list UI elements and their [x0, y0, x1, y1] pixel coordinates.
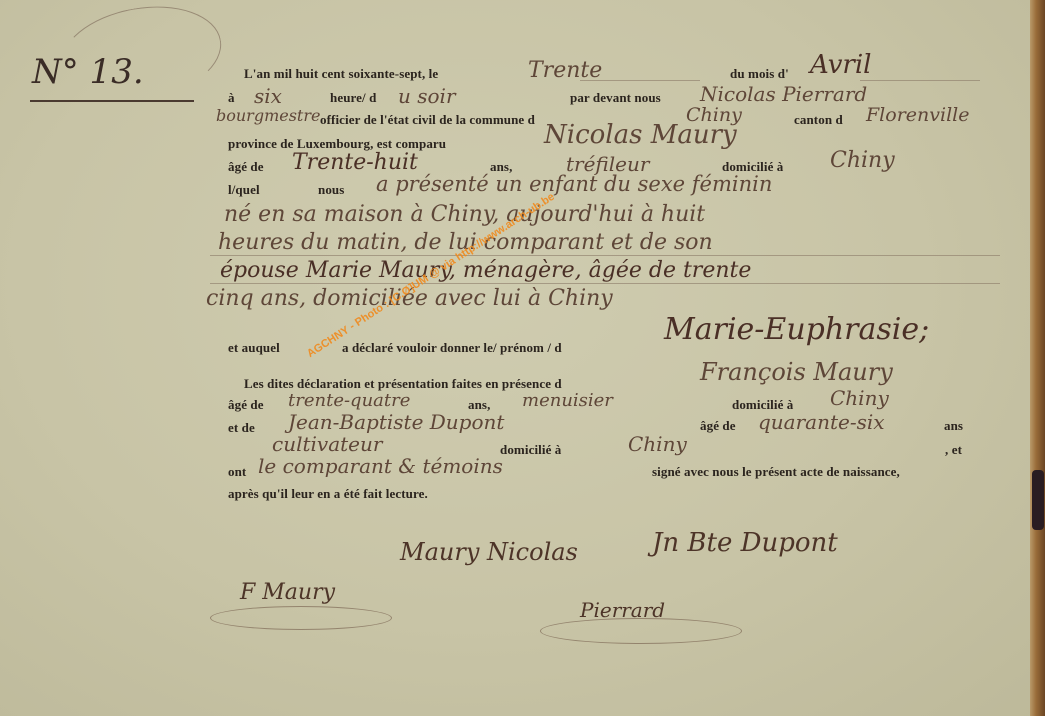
hw-witness1-name: François Maury — [700, 358, 893, 386]
hw-witness2-residence: Chiny — [628, 432, 687, 456]
form-line6-prefix: l/quel — [228, 182, 260, 198]
hw-declarant-name: Nicolas Maury — [544, 120, 737, 150]
hw-officer-title: bourgmestre — [216, 106, 320, 125]
hw-presented: a présenté un enfant du sexe féminin — [376, 172, 772, 196]
hw-witness2-age: quarante-six — [758, 410, 885, 434]
hw-hour: six — [254, 84, 282, 108]
form-line9-prefix: âgé de — [228, 397, 264, 413]
hw-officer-name: Nicolas Pierrard — [700, 82, 867, 106]
signature-paraph — [540, 618, 742, 644]
binding-stain — [1032, 470, 1044, 530]
form-line1-mid: du mois d' — [730, 66, 789, 82]
form-line10-suffix: ans — [944, 418, 963, 434]
form-line10-prefix: et de — [228, 420, 255, 436]
rule — [580, 80, 700, 81]
rule — [210, 255, 1000, 256]
hw-witness1-residence: Chiny — [830, 386, 889, 410]
form-line7-prefix: et auquel — [228, 340, 280, 356]
signature-maury-nicolas: Maury Nicolas — [400, 538, 578, 566]
hw-signers: le comparant & témoins — [258, 454, 503, 478]
form-line6-mid: nous — [318, 182, 344, 198]
hw-witness1-occupation: menuisier — [522, 390, 613, 411]
rule — [210, 283, 1000, 284]
hw-witness2-occupation: cultivateur — [272, 432, 382, 456]
signature-paraph — [210, 606, 392, 630]
form-line3-mid2: canton d — [794, 112, 843, 128]
hw-declarant-residence: Chiny — [830, 148, 895, 173]
hw-body-line2: né en sa maison à Chiny, aujourd'hui à h… — [224, 202, 705, 227]
rule — [860, 80, 980, 81]
document-page: N° 13. L'an mil huit cent soixante-sept,… — [0, 0, 1045, 716]
signature-f-maury: F Maury — [240, 580, 335, 605]
form-line7-mid: a déclaré vouloir donner le/ prénom / d — [342, 340, 562, 356]
form-line11-suffix: , et — [945, 442, 962, 458]
form-line2-mid2: par devant nous — [570, 90, 661, 106]
hw-witness1-age: trente-quatre — [288, 390, 410, 411]
form-line12-prefix: ont — [228, 464, 246, 480]
page-edge — [1030, 0, 1045, 716]
form-line5-prefix: âgé de — [228, 159, 264, 175]
signature-dupont: Jn Bte Dupont — [652, 528, 838, 558]
hw-witness2-name: Jean-Baptiste Dupont — [288, 410, 504, 434]
hw-body-line4: épouse Marie Maury, ménagère, âgée de tr… — [220, 258, 751, 283]
record-number: N° 13. — [32, 52, 144, 92]
form-line2-mid: heure/ d — [330, 90, 376, 106]
hw-given-names: Marie-Euphrasie; — [664, 312, 929, 347]
hw-time-of-day: u soir — [398, 84, 456, 108]
form-line2-prefix: à — [228, 90, 235, 106]
form-line11-mid: domicilié à — [500, 442, 561, 458]
record-number-underline — [30, 100, 194, 102]
form-line1-prefix: L'an mil huit cent soixante-sept, le — [244, 66, 438, 82]
form-line3-mid: officier de l'état civil de la commune d — [320, 112, 535, 128]
form-line10-mid: âgé de — [700, 418, 736, 434]
hw-month: Avril — [810, 50, 871, 80]
hw-canton: Florenville — [866, 104, 969, 126]
form-line12-suffix: signé avec nous le présent acte de naiss… — [652, 464, 900, 480]
form-line13: après qu'il leur en a été fait lecture. — [228, 486, 428, 502]
